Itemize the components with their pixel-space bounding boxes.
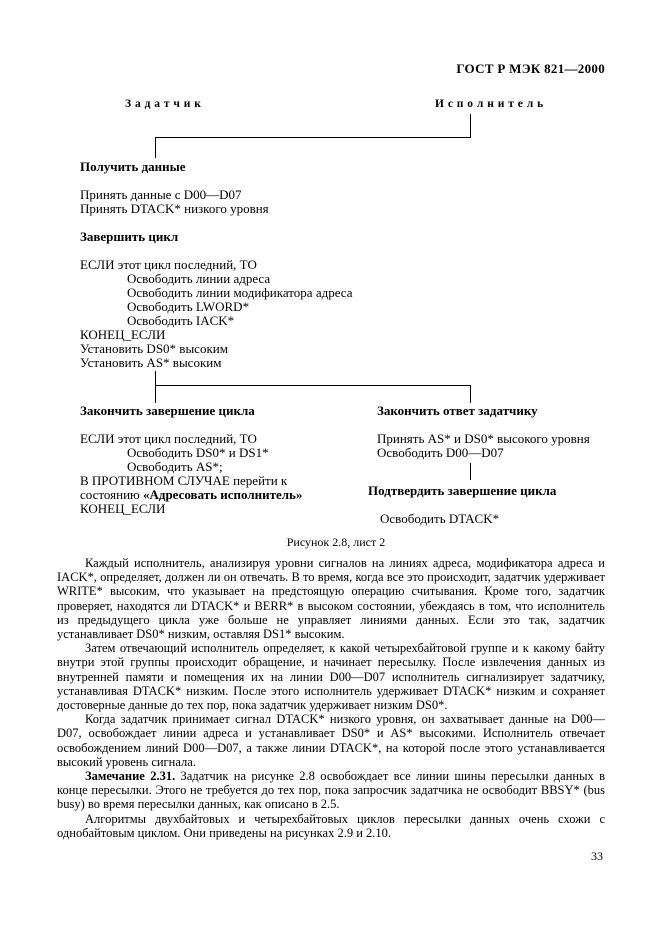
spacer <box>80 216 353 230</box>
text-run-bold: «Адресовать исполнитель» <box>143 487 302 502</box>
block-line: Освободить AS*; <box>80 460 302 474</box>
block-line: Освободить линии адреса <box>80 272 353 286</box>
body-text: Каждый исполнитель, анализируя уровни си… <box>57 556 605 840</box>
block-line: В ПРОТИВНОМ СЛУЧАЕ перейти к <box>80 474 302 488</box>
block-heading: Подтвердить завершение цикла <box>368 484 556 498</box>
slave-block-confirm: Подтвердить завершение цикла Освободить … <box>368 484 556 526</box>
block-line: КОНЕЦ_ЕСЛИ <box>80 328 353 342</box>
connector2-hline <box>155 385 471 386</box>
block-heading: Закончить завершение цикла <box>80 404 302 418</box>
note-label: Замечание 2.31. <box>85 769 175 783</box>
slave-block-end: Закончить ответ задатчику Принять AS* и … <box>377 404 590 460</box>
spacer <box>377 418 590 432</box>
connector1-hline <box>155 137 471 138</box>
connector2-right-vline <box>470 385 471 403</box>
connector1-left-vline <box>155 137 156 158</box>
spacer <box>368 498 556 512</box>
document-page: ГОСТ Р МЭК 821—2000 З а д а т ч и к И с … <box>0 0 661 936</box>
block-line: Установить DS0* высоким <box>80 342 353 356</box>
paragraph: Алгоритмы двухбайтовых и четырехбайтовых… <box>57 812 605 840</box>
master-block-receive: Получить данные Принять данные с D00—D07… <box>80 160 353 370</box>
block-line: Освободить DS0* и DS1* <box>80 446 302 460</box>
block-line: ЕСЛИ этот цикл последний, ТО <box>80 258 353 272</box>
block-line: Освободить IACK* <box>80 314 353 328</box>
connector3-vline <box>470 463 471 480</box>
paragraph: Затем отвечающий исполнитель определяет,… <box>57 641 605 712</box>
block-heading: Закончить ответ задатчику <box>377 404 590 418</box>
connector2-left-vline <box>155 371 156 403</box>
block-line: Освободить линии модификатора адреса <box>80 286 353 300</box>
paragraph: Когда задатчик принимает сигнал DTACK* н… <box>57 712 605 769</box>
spacer <box>80 244 353 258</box>
figure-caption: Рисунок 2.8, лист 2 <box>0 535 661 550</box>
block-line: Освободить DTACK* <box>368 512 556 526</box>
block-line: Установить AS* высоким <box>80 356 353 370</box>
connector1-right-vline <box>470 114 471 137</box>
paragraph-note: Замечание 2.31. Задатчик на рисунке 2.8 … <box>57 769 605 812</box>
master-column-title: З а д а т ч и к <box>125 98 201 110</box>
page-number: 33 <box>591 849 603 864</box>
master-block-end: Закончить завершение цикла ЕСЛИ этот цик… <box>80 404 302 516</box>
block-line: Принять AS* и DS0* высокого уровня <box>377 432 590 446</box>
block-heading: Завершить цикл <box>80 230 353 244</box>
spacer <box>80 418 302 432</box>
paragraph: Каждый исполнитель, анализируя уровни си… <box>57 556 605 641</box>
block-line: состоянию «Адресовать исполнитель» <box>80 488 302 502</box>
block-heading: Получить данные <box>80 160 353 174</box>
block-line: КОНЕЦ_ЕСЛИ <box>80 502 302 516</box>
document-code: ГОСТ Р МЭК 821—2000 <box>456 61 605 77</box>
block-line: Освободить LWORD* <box>80 300 353 314</box>
block-line: Принять данные с D00—D07 <box>80 188 353 202</box>
block-line: ЕСЛИ этот цикл последний, ТО <box>80 432 302 446</box>
block-line: Принять DTACK* низкого уровня <box>80 202 353 216</box>
spacer <box>80 174 353 188</box>
block-line: Освободить D00—D07 <box>377 446 590 460</box>
slave-column-title: И с п о л н и т е л ь <box>435 98 544 110</box>
text-run: состоянию <box>80 487 143 502</box>
